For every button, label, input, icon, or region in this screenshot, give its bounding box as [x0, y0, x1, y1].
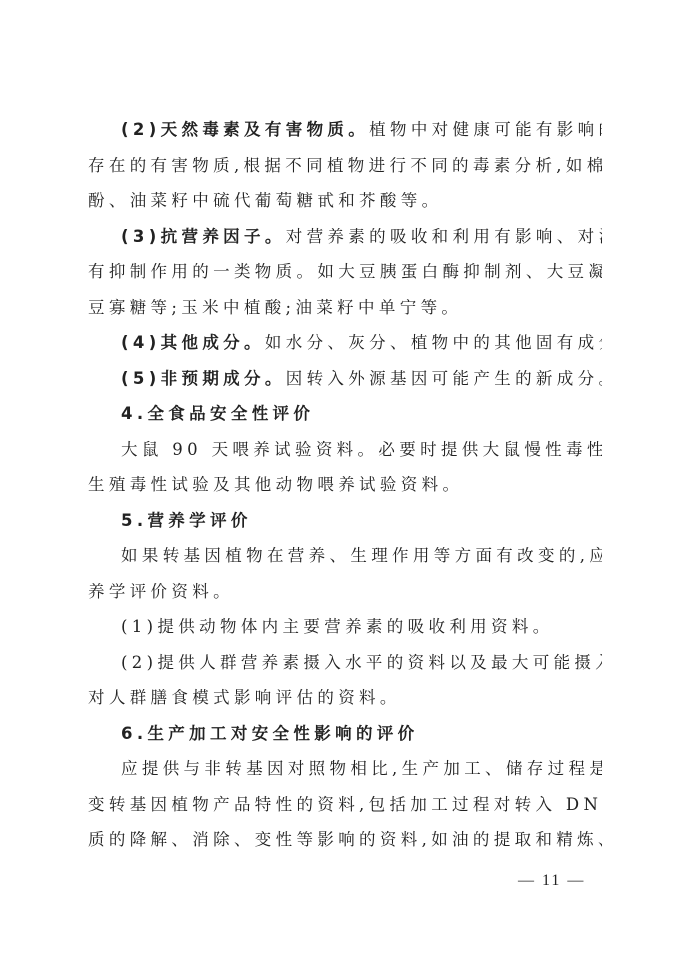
page-number: — 11 —: [518, 872, 585, 890]
paragraph-line: 对人群膳食模式影响评估的资料。: [88, 680, 602, 716]
paragraph-text: 如水分、灰分、植物中的其他固有成分。: [265, 333, 602, 352]
paragraph-text: 对营养素的吸收和利用有影响、对消化酶: [286, 227, 602, 246]
section-heading: 4.全食品安全性评价: [88, 396, 602, 432]
paragraph-line: 生殖毒性试验及其他动物喂养试验资料。: [88, 467, 602, 503]
paragraph-text: 因转入外源基因可能产生的新成分。: [286, 369, 602, 388]
section-heading: 5.营养学评价: [88, 503, 602, 539]
item-title: (3)抗营养因子。: [121, 227, 286, 246]
item-title: (2)天然毒素及有害物质。: [121, 120, 369, 139]
paragraph-line: (1)提供动物体内主要营养素的吸收利用资料。: [88, 609, 602, 645]
paragraph-line: 大鼠 90 天喂养试验资料。必要时提供大鼠慢性毒性试验和: [88, 432, 602, 468]
paragraph-line: (4)其他成分。如水分、灰分、植物中的其他固有成分。: [88, 325, 602, 361]
paragraph-line: (2)提供人群营养素摄入水平的资料以及最大可能摄入水平: [88, 645, 602, 681]
paragraph-line: 养学评价资料。: [88, 574, 602, 610]
paragraph-line: 变转基因植物产品特性的资料,包括加工过程对转入 DNA 和蛋白: [88, 787, 602, 823]
paragraph-line: (5)非预期成分。因转入外源基因可能产生的新成分。: [88, 361, 602, 397]
item-title: (4)其他成分。: [121, 333, 265, 352]
paragraph-line: 存在的有害物质,根据不同植物进行不同的毒素分析,如棉籽中棉: [88, 148, 602, 184]
paragraph-line: 酚、油菜籽中硫代葡萄糖甙和芥酸等。: [88, 183, 602, 219]
item-title: (5)非预期成分。: [121, 369, 286, 388]
paragraph-text: 植物中对健康可能有影响的天然: [369, 120, 602, 139]
paragraph-line: 质的降解、消除、变性等影响的资料,如油的提取和精炼、微生物发: [88, 822, 602, 858]
paragraph-line: 如果转基因植物在营养、生理作用等方面有改变的,应提供营: [88, 538, 602, 574]
document-page: (2)天然毒素及有害物质。植物中对健康可能有影响的天然 存在的有害物质,根据不同…: [88, 112, 602, 858]
paragraph-line: (2)天然毒素及有害物质。植物中对健康可能有影响的天然: [88, 112, 602, 148]
paragraph-line: (3)抗营养因子。对营养素的吸收和利用有影响、对消化酶: [88, 219, 602, 255]
paragraph-line: 豆寡糖等;玉米中植酸;油菜籽中单宁等。: [88, 290, 602, 326]
paragraph-line: 应提供与非转基因对照物相比,生产加工、储存过程是否可改: [88, 751, 602, 787]
paragraph-line: 有抑制作用的一类物质。如大豆胰蛋白酶抑制剂、大豆凝集素、大: [88, 254, 602, 290]
section-heading: 6.生产加工对安全性影响的评价: [88, 716, 602, 752]
